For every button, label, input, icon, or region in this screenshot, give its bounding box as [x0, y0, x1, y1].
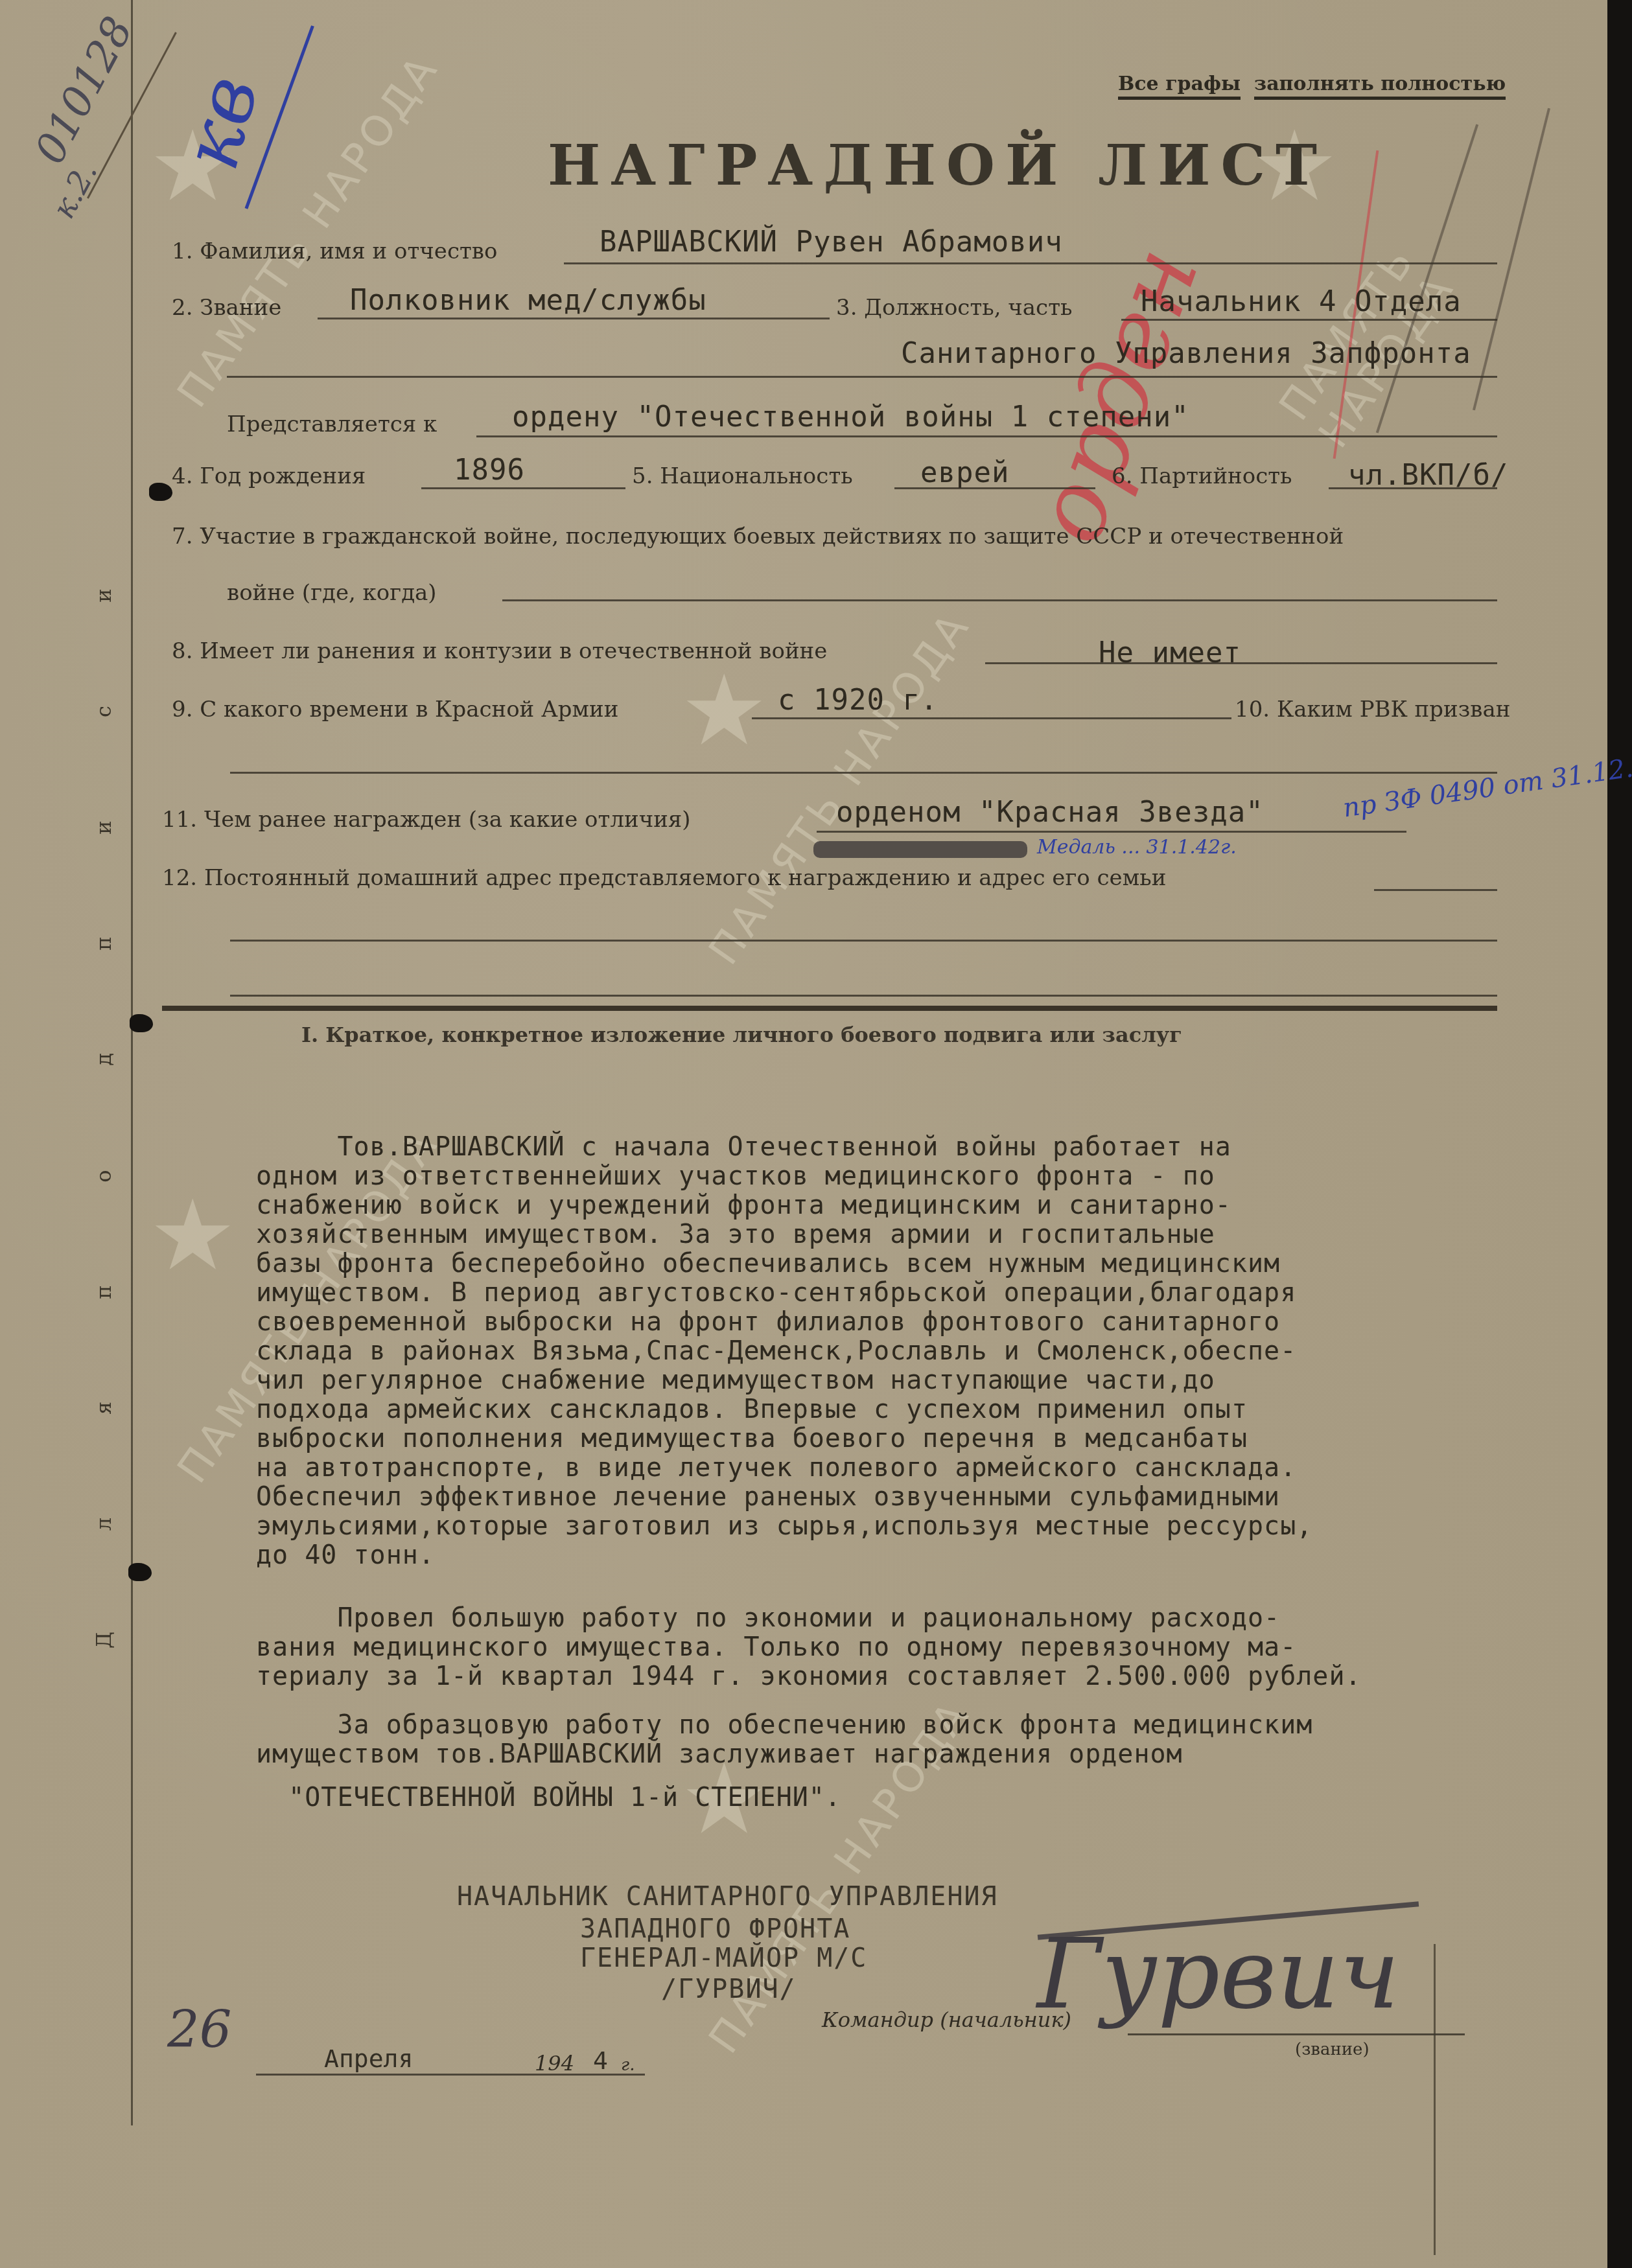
field-3-line: [1121, 319, 1497, 321]
redacted-scribble: [813, 841, 1027, 858]
ink-blot: [128, 1563, 152, 1581]
ink-blot: [149, 483, 172, 501]
field-4-label: 4. Год рождения: [172, 463, 366, 489]
field-11-line: [817, 831, 1406, 833]
field-10-label: 10. Каким РВК призван: [1235, 697, 1510, 723]
section-divider: [162, 1006, 1497, 1011]
signature-title-line3: ГЕНЕРАЛ-МАЙОР М/С: [580, 1944, 867, 1973]
narrative-line: имуществом. В период августовско-сентябр…: [256, 1279, 1312, 1308]
narrative-line: своевременной выброски на фронт филиалов…: [256, 1308, 1312, 1337]
narrative-line: "ОТЕЧЕСТВЕННОЙ ВОЙНЫ 1-й СТЕПЕНИ".: [256, 1783, 1312, 1812]
field-12-line: [1374, 889, 1497, 891]
field-1-label: 1. Фамилия, имя и отчество: [172, 238, 497, 264]
narrative-line: базы фронта бесперебойно обеспечивались …: [256, 1249, 1312, 1279]
field-3-value-line1: Начальник 4 Отдела: [1141, 285, 1462, 318]
field-11-label: 11. Чем ранее награжден (за какие отличи…: [162, 807, 691, 833]
narrative-line: до 40 тонн.: [256, 1541, 1312, 1570]
field-4-line: [421, 487, 625, 489]
field-6-label: 6. Партийность: [1112, 463, 1292, 489]
field-9-label: 9. С какого времени в Красной Армии: [172, 697, 618, 723]
field-9-line: [752, 717, 1231, 719]
signature-name: /ГУРВИЧ/: [661, 1975, 797, 2004]
field-3-label: 3. Должность, часть: [836, 295, 1072, 321]
fill-instruction: Все графы заполнять полностью: [1118, 73, 1506, 95]
narrative-line: хозяйственным имуществом. За это время а…: [256, 1220, 1312, 1249]
narrative-line: За образцовую работу по обеспечению войс…: [256, 1711, 1312, 1740]
narrative-line: склада в районах Вязьма,Спас-Деменск,Рос…: [256, 1337, 1312, 1366]
narrative-line: подхода армейских санскладов. Впервые с …: [256, 1395, 1312, 1424]
left-margin-rule: [131, 0, 133, 2125]
date-year-unit: г.: [621, 2055, 635, 2075]
narrative-line: териалу за 1-й квартал 1944 г. экономия …: [256, 1662, 1362, 1691]
field-11-value: орденом "Красная Звезда": [836, 796, 1264, 829]
left-margin-vertical-text: Дляподписи: [84, 583, 123, 1652]
field-11-handwritten-line2: Медаль ... 31.1.42г.: [1037, 836, 1237, 859]
award-recommendation-paragraph: За образцовую работу по обеспечению войс…: [256, 1711, 1312, 1812]
narrative-line: снабжению войск и учреждений фронта меди…: [256, 1191, 1312, 1220]
field-8-value: Не имеет: [1099, 636, 1241, 669]
field-2-label: 2. Звание: [172, 295, 281, 321]
field-5-label: 5. Национальность: [632, 463, 853, 489]
watermark-star-icon: ★: [149, 1179, 236, 1292]
award-narrative-paragraph-2: Провел большую работу по экономии и раци…: [256, 1604, 1362, 1691]
date-day-handwritten: 26: [167, 2001, 231, 2059]
date-line: [256, 2074, 645, 2076]
field-12-line-3: [230, 995, 1497, 997]
field-12-line-2: [230, 940, 1497, 942]
field-5-value: еврей: [920, 456, 1009, 489]
page-title: НАГРАДНОЙ ЛИСТ: [548, 133, 1327, 198]
narrative-line: на автотранспорте, в виде летучек полево…: [256, 1453, 1312, 1483]
field-9-value: с 1920 г.: [778, 684, 938, 717]
scan-edge: [1607, 0, 1632, 2268]
field-12-label: 12. Постоянный домашний адрес представля…: [162, 865, 1166, 891]
date-month: Апреля: [324, 2044, 413, 2073]
field-6-value: чл.ВКП/б/: [1348, 459, 1508, 492]
commander-line: [1128, 2033, 1465, 2035]
award-narrative-paragraph-1: Тов.ВАРШАВСКИЙ с начала Отечественной во…: [256, 1133, 1312, 1570]
rank-label: (звание): [1295, 2040, 1370, 2059]
watermark-star-icon: ★: [681, 654, 767, 767]
fill-instruction-part1: Все графы: [1118, 73, 1241, 100]
nominated-line: [476, 435, 1497, 437]
narrative-line: вания медицинского имущества. Только по …: [256, 1633, 1362, 1662]
field-8-label: 8. Имеет ли ранения и контузии в отечест…: [172, 638, 827, 664]
field-2-value: Полковник мед/службы: [350, 284, 706, 317]
field-4-value: 1896: [454, 454, 525, 487]
signature-margin-rule: [1434, 1944, 1436, 2255]
signature-title-line2: ЗАПАДНОГО ФРОНТА: [580, 1915, 850, 1944]
field-7-label-line2: войне (где, когда): [227, 580, 437, 606]
narrative-line: эмульсиями,которые заготовил из сырья,ис…: [256, 1512, 1312, 1541]
commander-label: Командир (начальник): [822, 2008, 1071, 2032]
fill-instruction-part2: заполнять полностью: [1254, 73, 1506, 100]
date-year-suffix: 4: [593, 2046, 608, 2075]
narrative-line: одном из ответственнейших участков медиц…: [256, 1162, 1312, 1191]
field-7-label-line1: 7. Участие в гражданской войне, последую…: [172, 524, 1344, 550]
narrative-line: чил регулярное снабжение медимуществом н…: [256, 1366, 1312, 1395]
field-2-line: [318, 318, 830, 319]
narrative-line: имуществом тов.ВАРШАВСКИЙ заслуживает на…: [256, 1740, 1312, 1769]
field-8-line: [985, 662, 1497, 664]
field-7-line: [502, 599, 1497, 601]
section-heading: I. Краткое, конкретное изложение личного…: [301, 1023, 1182, 1047]
ink-blot: [130, 1014, 153, 1032]
field-1-line: [564, 262, 1497, 264]
field-3-continuation-line: [227, 376, 1497, 378]
narrative-line: Обеспечил эффективное лечение раненых оз…: [256, 1483, 1312, 1512]
narrative-line: выброски пополнения медимущества боевого…: [256, 1424, 1312, 1453]
narrative-line: Тов.ВАРШАВСКИЙ с начала Отечественной во…: [256, 1133, 1312, 1162]
nominated-value: ордену "Отечественной войны 1 степени": [512, 400, 1189, 434]
signature-title-line1: НАЧАЛЬНИК САНИТАРНОГО УПРАВЛЕНИЯ: [457, 1882, 998, 1912]
field-10-line: [230, 772, 1497, 774]
narrative-line: Провел большую работу по экономии и раци…: [256, 1604, 1362, 1633]
field-3-value-line2: Санитарного Управления Запфронта: [901, 337, 1471, 370]
nominated-label: Представляется к: [227, 411, 437, 437]
field-1-value: ВАРШАВСКИЙ Рувен Абрамович: [600, 226, 1063, 259]
date-year-prefix: 194: [535, 2051, 574, 2076]
